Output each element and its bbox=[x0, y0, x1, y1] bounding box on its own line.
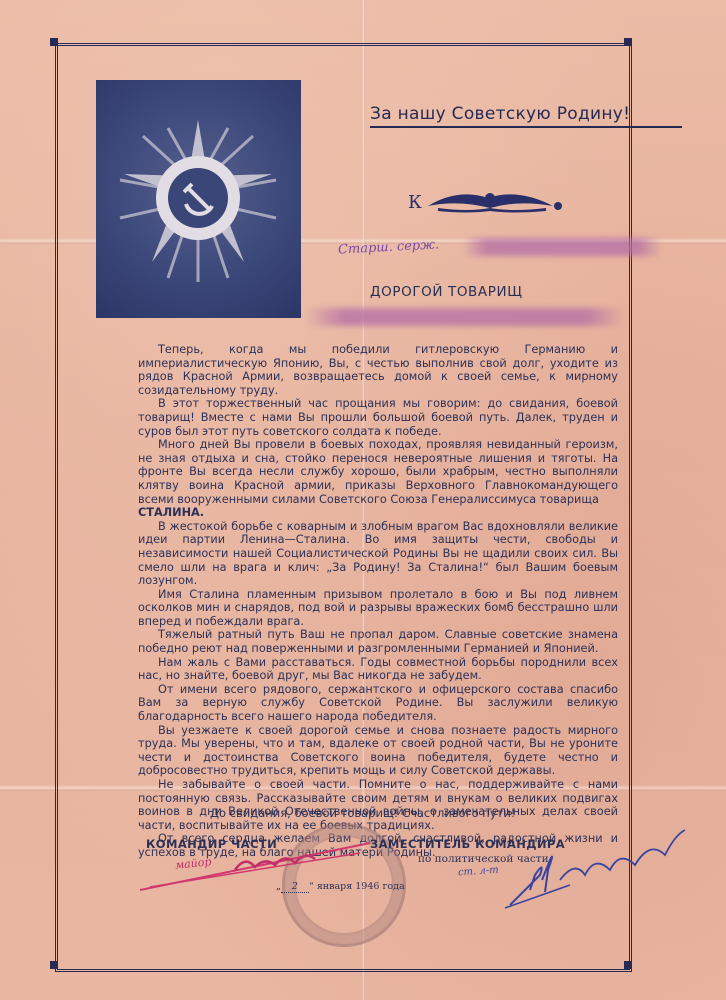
blue-signature-icon bbox=[500, 820, 700, 910]
slogan-heading: За нашу Советскую Родину! bbox=[370, 104, 682, 128]
corner-ornament bbox=[50, 961, 58, 969]
redacted-name bbox=[462, 238, 662, 256]
paragraph: Нам жаль с Вами расставаться. Годы совме… bbox=[138, 656, 618, 683]
order-of-patriotic-war-image bbox=[96, 80, 301, 318]
svg-text:К: К bbox=[408, 192, 422, 213]
paragraph: Теперь, когда мы победили гитлеровскую Г… bbox=[138, 343, 618, 397]
greeting-heading: ДОРОГОЙ ТОВАРИЩ bbox=[370, 284, 523, 300]
paragraph: Имя Сталина пламенным призывом пролетало… bbox=[138, 588, 618, 629]
laurel-ornament-icon: К bbox=[408, 186, 573, 214]
farewell-line: До свидания, боевой товарищ! Счастливого… bbox=[210, 806, 515, 820]
paragraph: Много дней Вы провели в боевых походах, … bbox=[138, 438, 618, 506]
letter-body: Теперь, когда мы победили гитлеровскую Г… bbox=[138, 343, 618, 860]
paragraph: Вы уезжаете к своей дорогой семье и снов… bbox=[138, 724, 618, 778]
paragraph: От имени всего рядового, сержантского и … bbox=[138, 683, 618, 724]
corner-ornament bbox=[50, 38, 58, 46]
corner-ornament bbox=[624, 961, 632, 969]
corner-ornament bbox=[624, 38, 632, 46]
paragraph: Тяжелый ратный путь Ваш не пропал даром.… bbox=[138, 628, 618, 655]
redacted-name bbox=[305, 308, 625, 326]
paragraph: В жестокой борьбе с коварным и злобным в… bbox=[138, 520, 618, 588]
paragraph: В этот торжественный час прощания мы гов… bbox=[138, 397, 618, 438]
medal-star-icon bbox=[96, 80, 301, 318]
issue-date: „2“ января 1946 года bbox=[276, 881, 405, 893]
date-suffix: января 1946 года bbox=[317, 881, 405, 892]
date-day: 2 bbox=[281, 881, 309, 893]
stalin-name: СТАЛИНА. bbox=[138, 506, 618, 520]
